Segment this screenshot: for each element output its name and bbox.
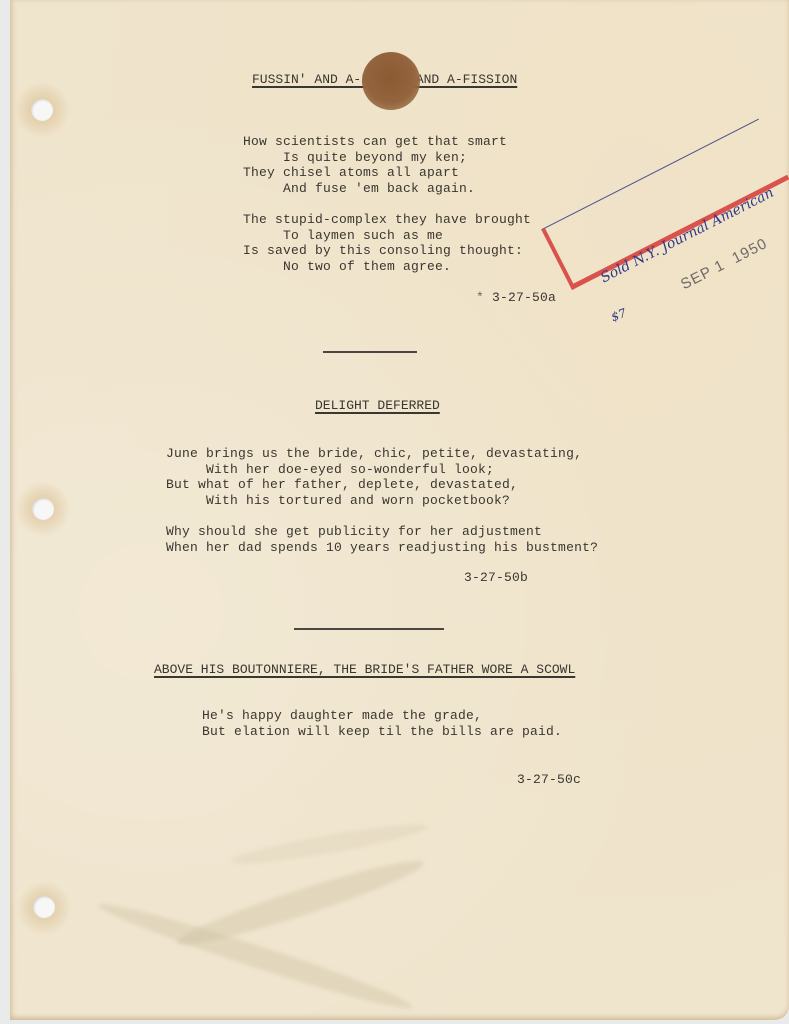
asterisk-mark: * [476, 290, 484, 305]
poem-date: 3-27-50c [517, 772, 581, 788]
poem-line: Is quite beyond my ken; [243, 150, 531, 166]
poem-body: He's happy daughter made the grade,But e… [202, 708, 562, 739]
poem-line: When her dad spends 10 years readjusting… [166, 540, 598, 556]
poem-line: June brings us the bride, chic, petite, … [166, 446, 598, 462]
poem-body: June brings us the bride, chic, petite, … [166, 446, 598, 555]
poem-date: 3-27-50b [464, 570, 528, 586]
section-divider [323, 351, 417, 353]
poem-line: How scientists can get that smart [243, 134, 531, 150]
poem-line: With his tortured and worn pocketbook? [166, 493, 598, 509]
poem-line: Why should she get publicity for her adj… [166, 524, 598, 540]
poem-body: How scientists can get that smart Is qui… [243, 134, 531, 274]
stanza-break [166, 508, 598, 524]
poem-date-text: 3-27-50a [492, 290, 556, 305]
punch-hole-top [31, 99, 53, 121]
poem-line: With her doe-eyed so-wonderful look; [166, 462, 598, 478]
punch-hole-middle [32, 498, 54, 520]
stanza-break [243, 196, 531, 212]
poem-title: ABOVE HIS BOUTONNIERE, THE BRIDE'S FATHE… [154, 662, 575, 677]
poem-line: And fuse 'em back again. [243, 181, 531, 197]
poem-line: But what of her father, deplete, devasta… [166, 477, 598, 493]
coffee-stain [362, 52, 420, 110]
section-divider [294, 628, 444, 630]
poem-line: They chisel atoms all apart [243, 165, 531, 181]
poem-line: But elation will keep til the bills are … [202, 724, 562, 740]
poem-line: Is saved by this consoling thought: [243, 243, 531, 259]
poem-line: No two of them agree. [243, 259, 531, 275]
poem-date: * 3-27-50a [476, 290, 556, 306]
punch-hole-bottom [33, 896, 55, 918]
poem-line: The stupid-complex they have brought [243, 212, 531, 228]
poem-line: To laymen such as me [243, 228, 531, 244]
poem-title: DELIGHT DEFERRED [315, 398, 440, 413]
poem-line: He's happy daughter made the grade, [202, 708, 562, 724]
